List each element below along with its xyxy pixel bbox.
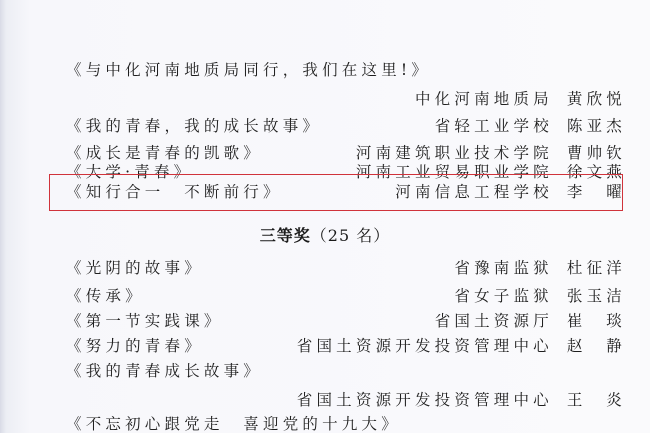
entry-title: 《努力的青春》 — [66, 336, 204, 356]
entry-name: 王 炎 — [567, 391, 626, 409]
entry-org: 省国土资源开发投资管理中心 — [297, 337, 553, 355]
entry-name: 黄欣悦 — [567, 90, 626, 108]
entry-org-name: 省国土资源开发投资管理中心王 炎 — [297, 390, 626, 410]
heading-count: （25 名） — [311, 226, 390, 245]
highlighted-entry-title: 《知行合一 不断前行》 — [66, 182, 283, 202]
entry-name: 李 曜 — [567, 183, 626, 201]
entry-name: 崔 琰 — [567, 312, 626, 330]
entry-org: 省国土资源开发投资管理中心 — [297, 391, 553, 409]
entry-title: 《我的青春，我的成长故事》 — [66, 116, 322, 136]
entry-org-name: 中化河南地质局黄欣悦 — [415, 89, 626, 109]
heading-label: 三等奖 — [260, 226, 311, 245]
entry-name: 赵 静 — [567, 337, 626, 355]
entry-org-name: 省轻工业学校陈亚杰 — [435, 116, 626, 136]
entry-title: 《我的青春成长故事》 — [66, 361, 263, 381]
entry-org-name: 省豫南监狱杜征洋 — [454, 258, 626, 278]
entry-org: 省女子监狱 — [454, 287, 553, 305]
entry-name: 张玉洁 — [567, 287, 626, 305]
entry-org: 河南信息工程学校 — [395, 183, 553, 201]
entry-org-name: 省国土资源开发投资管理中心赵 静 — [297, 336, 626, 356]
entry-name: 曹帅钦 — [567, 144, 626, 162]
entry-org: 河南建筑职业技术学院 — [356, 144, 553, 162]
entry-name: 陈亚杰 — [567, 117, 626, 135]
entry-name: 杜征洋 — [567, 259, 626, 277]
entry-org: 省轻工业学校 — [435, 117, 553, 135]
entry-title: 《传承》 — [66, 286, 145, 306]
entry-org-name: 河南建筑职业技术学院曹帅钦 — [356, 143, 626, 163]
entry-title: 《第一节实践课》 — [66, 311, 224, 331]
award-list-page: 《与中化河南地质局同行，我们在这里!》 中化河南地质局黄欣悦 《我的青春，我的成… — [0, 0, 650, 433]
entry-org: 省国土资源厅 — [435, 312, 553, 330]
entry-org-name: 省国土资源厅崔 琰 — [435, 311, 626, 331]
entry-org-name: 省女子监狱张玉洁 — [454, 286, 626, 306]
entry-org: 中化河南地质局 — [415, 90, 553, 108]
third-prize-heading: 三等奖（25 名） — [0, 223, 650, 246]
entry-title: 《与中化河南地质局同行，我们在这里!》 — [66, 60, 431, 80]
entry-org: 省豫南监狱 — [454, 259, 553, 277]
entry-title: 《光阴的故事》 — [66, 258, 204, 278]
highlighted-entry-org-name: 河南信息工程学校李 曜 — [395, 182, 626, 202]
entry-title: 《成长是青春的凯歌》 — [66, 143, 263, 163]
entry-title: 《不忘初心跟党走 喜迎党的十九大》 — [66, 414, 401, 433]
